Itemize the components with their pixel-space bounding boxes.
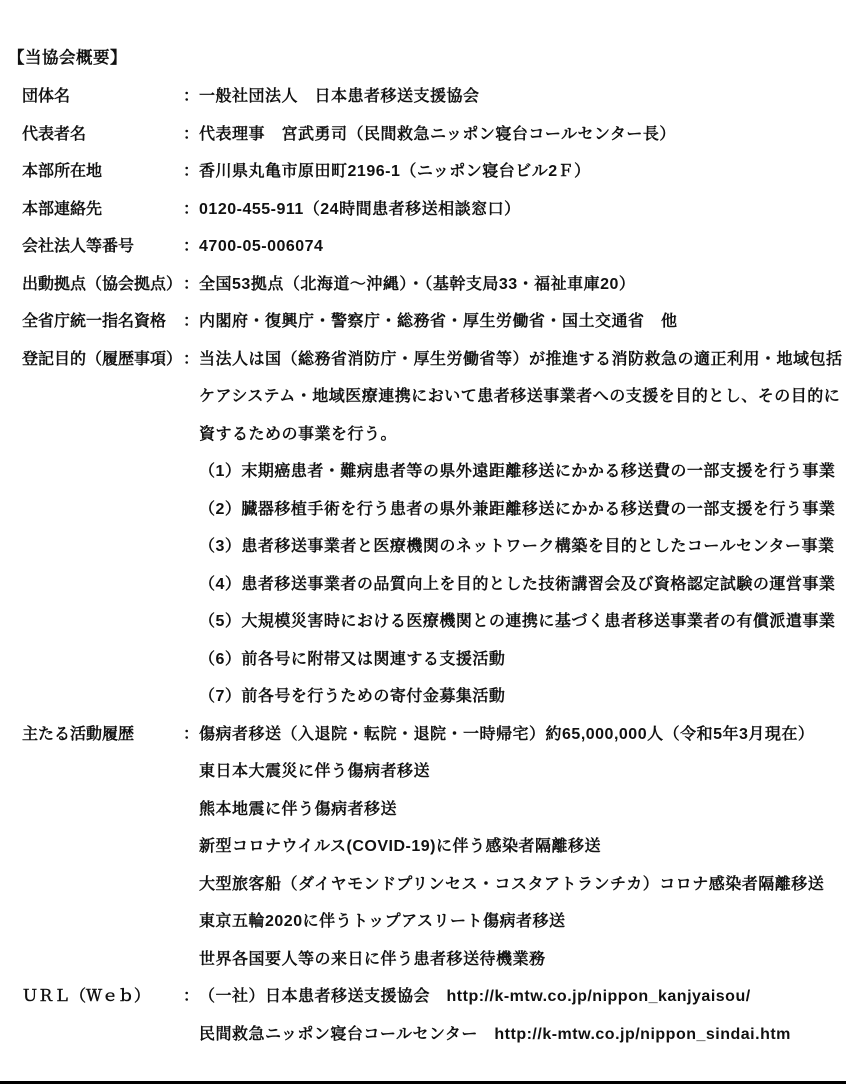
row-colon: ： [183, 350, 199, 370]
row-dispatch-bases: 出動拠点（協会拠点）：全国53拠点（北海道～沖縄）・（基幹支局33・福祉車庫20… [0, 275, 846, 313]
row-headquarters-phone: 本部連絡先：0120-455-911（24時間患者移送相談窓口） [0, 200, 846, 238]
row-activity-cruise-ship: 大型旅客船（ダイヤモンドプリンセス・コスタアトランチカ）コロナ感染者隔離移送 [0, 875, 846, 913]
row-business-item-3: （3）患者移送事業者と医療機関のネットワーク構築を目的としたコールセンター事業 [0, 537, 846, 575]
row-colon: ： [183, 87, 199, 107]
row-colon: ： [183, 725, 199, 745]
overview-rows: 団体名：一般社団法人 日本患者移送支援協会代表者名：代表理事 宮武勇司（民間救急… [0, 87, 846, 1062]
row-registered-purpose-cont2: 資するための事業を行う。 [0, 425, 846, 463]
row-activity-covid: 新型コロナウイルス(COVID-19)に伴う感染者隔離移送 [0, 837, 846, 875]
row-organization-name: 団体名：一般社団法人 日本患者移送支援協会 [0, 87, 846, 125]
row-label: 代表者名 [22, 125, 183, 145]
row-business-item-4: （4）患者移送事業者の品質向上を目的とした技術講習会及び資格認定試験の運営事業 [0, 575, 846, 613]
row-activity-vip: 世界各国要人等の来日に伴う患者移送待機業務 [0, 950, 846, 988]
row-label: 本部連絡先 [22, 200, 183, 220]
row-business-item-1: （1）末期癌患者・難病患者等の県外遠距離移送にかかる移送費の一部支援を行う事業 [0, 462, 846, 500]
row-colon: ： [183, 125, 199, 145]
row-label: 本部所在地 [22, 162, 183, 182]
row-activity-kumamoto: 熊本地震に伴う傷病者移送 [0, 800, 846, 838]
row-url-association: ＵＲＬ（Ｗｅｂ）：（一社）日本患者移送支援協会 http://k-mtw.co.… [0, 987, 846, 1025]
row-label: 出動拠点（協会拠点） [22, 275, 183, 295]
row-corporate-number: 会社法人等番号：4700-05-006074 [0, 237, 846, 275]
row-label: 会社法人等番号 [22, 237, 183, 257]
row-business-item-6: （6）前各号に附帯又は関連する支援活動 [0, 650, 846, 688]
row-value: 当法人は国（総務省消防庁・厚生労働省等）が推進する消防救急の適正利用・地域包括 [199, 350, 846, 370]
row-activity-olympics: 東京五輪2020に伴うトップアスリート傷病者移送 [0, 912, 846, 950]
row-value: （3）患者移送事業者と医療機関のネットワーク構築を目的としたコールセンター事業 [199, 537, 846, 557]
row-representative: 代表者名：代表理事 宮武勇司（民間救急ニッポン寝台コールセンター長） [0, 125, 846, 163]
row-value: （6）前各号に附帯又は関連する支援活動 [199, 650, 846, 670]
row-value: 香川県丸亀市原田町2196-1（ニッポン寝台ビル2Ｆ） [199, 162, 846, 182]
row-url-callcenter: 民間救急ニッポン寝台コールセンター http://k-mtw.co.jp/nip… [0, 1025, 846, 1063]
row-value: （5）大規模災害時における医療機関との連携に基づく患者移送事業者の有償派遣事業 [199, 612, 846, 632]
row-activity-tohoku: 東日本大震災に伴う傷病者移送 [0, 762, 846, 800]
row-label: 主たる活動履歴 [22, 725, 183, 745]
row-value: 大型旅客船（ダイヤモンドプリンセス・コスタアトランチカ）コロナ感染者隔離移送 [199, 875, 846, 895]
row-value: 新型コロナウイルス(COVID-19)に伴う感染者隔離移送 [199, 837, 846, 857]
row-value: 東京五輪2020に伴うトップアスリート傷病者移送 [199, 912, 846, 932]
page-title: 【当協会概要】 [8, 44, 127, 68]
row-label: 全省庁統一指名資格 [22, 312, 183, 332]
row-label: 団体名 [22, 87, 183, 107]
row-value: 資するための事業を行う。 [199, 425, 846, 445]
row-value: （1）末期癌患者・難病患者等の県外遠距離移送にかかる移送費の一部支援を行う事業 [199, 462, 846, 482]
row-label: ＵＲＬ（Ｗｅｂ） [22, 987, 183, 1007]
row-value: 熊本地震に伴う傷病者移送 [199, 800, 846, 820]
row-value: 東日本大震災に伴う傷病者移送 [199, 762, 846, 782]
row-value: 0120-455-911（24時間患者移送相談窓口） [199, 200, 846, 220]
row-value: 傷病者移送（入退院・転院・退院・一時帰宅）約65,000,000人（令和5年3月… [199, 725, 846, 745]
row-colon: ： [183, 162, 199, 182]
row-registered-purpose-cont1: ケアシステム・地域医療連携において患者移送事業者への支援を目的とし、その目的に [0, 387, 846, 425]
row-value: 代表理事 宮武勇司（民間救急ニッポン寝台コールセンター長） [199, 125, 846, 145]
row-value: 一般社団法人 日本患者移送支援協会 [199, 87, 846, 107]
row-colon: ： [183, 275, 199, 295]
row-value: （2）臓器移植手術を行う患者の県外兼距離移送にかかる移送費の一部支援を行う事業 [199, 500, 846, 520]
row-value: 内閣府・復興庁・警察庁・総務省・厚生労働省・国土交通省 他 [199, 312, 846, 332]
row-label: 登記目的（履歴事項） [22, 350, 183, 370]
row-value: 4700-05-006074 [199, 237, 846, 257]
row-activity-history: 主たる活動履歴：傷病者移送（入退院・転院・退院・一時帰宅）約65,000,000… [0, 725, 846, 763]
row-value: （7）前各号を行うための寄付金募集活動 [199, 687, 846, 707]
row-colon: ： [183, 200, 199, 220]
row-headquarters-address: 本部所在地：香川県丸亀市原田町2196-1（ニッポン寝台ビル2Ｆ） [0, 162, 846, 200]
row-government-designation: 全省庁統一指名資格：内閣府・復興庁・警察庁・総務省・厚生労働省・国土交通省 他 [0, 312, 846, 350]
row-value: （4）患者移送事業者の品質向上を目的とした技術講習会及び資格認定試験の運営事業 [199, 575, 846, 595]
row-colon: ： [183, 987, 199, 1007]
row-value: （一社）日本患者移送支援協会 http://k-mtw.co.jp/nippon… [199, 987, 846, 1007]
row-value: 世界各国要人等の来日に伴う患者移送待機業務 [199, 950, 846, 970]
row-colon: ： [183, 312, 199, 332]
row-value: ケアシステム・地域医療連携において患者移送事業者への支援を目的とし、その目的に [199, 387, 846, 407]
row-colon: ： [183, 237, 199, 257]
row-value: 全国53拠点（北海道～沖縄）・（基幹支局33・福祉車庫20） [199, 275, 846, 295]
row-business-item-2: （2）臓器移植手術を行う患者の県外兼距離移送にかかる移送費の一部支援を行う事業 [0, 500, 846, 538]
document-page: 【当協会概要】 団体名：一般社団法人 日本患者移送支援協会代表者名：代表理事 宮… [0, 0, 846, 1089]
bottom-rule [0, 1081, 846, 1084]
row-business-item-7: （7）前各号を行うための寄付金募集活動 [0, 687, 846, 725]
row-business-item-5: （5）大規模災害時における医療機関との連携に基づく患者移送事業者の有償派遣事業 [0, 612, 846, 650]
row-registered-purpose: 登記目的（履歴事項）：当法人は国（総務省消防庁・厚生労働省等）が推進する消防救急… [0, 350, 846, 388]
row-value: 民間救急ニッポン寝台コールセンター http://k-mtw.co.jp/nip… [199, 1025, 846, 1045]
